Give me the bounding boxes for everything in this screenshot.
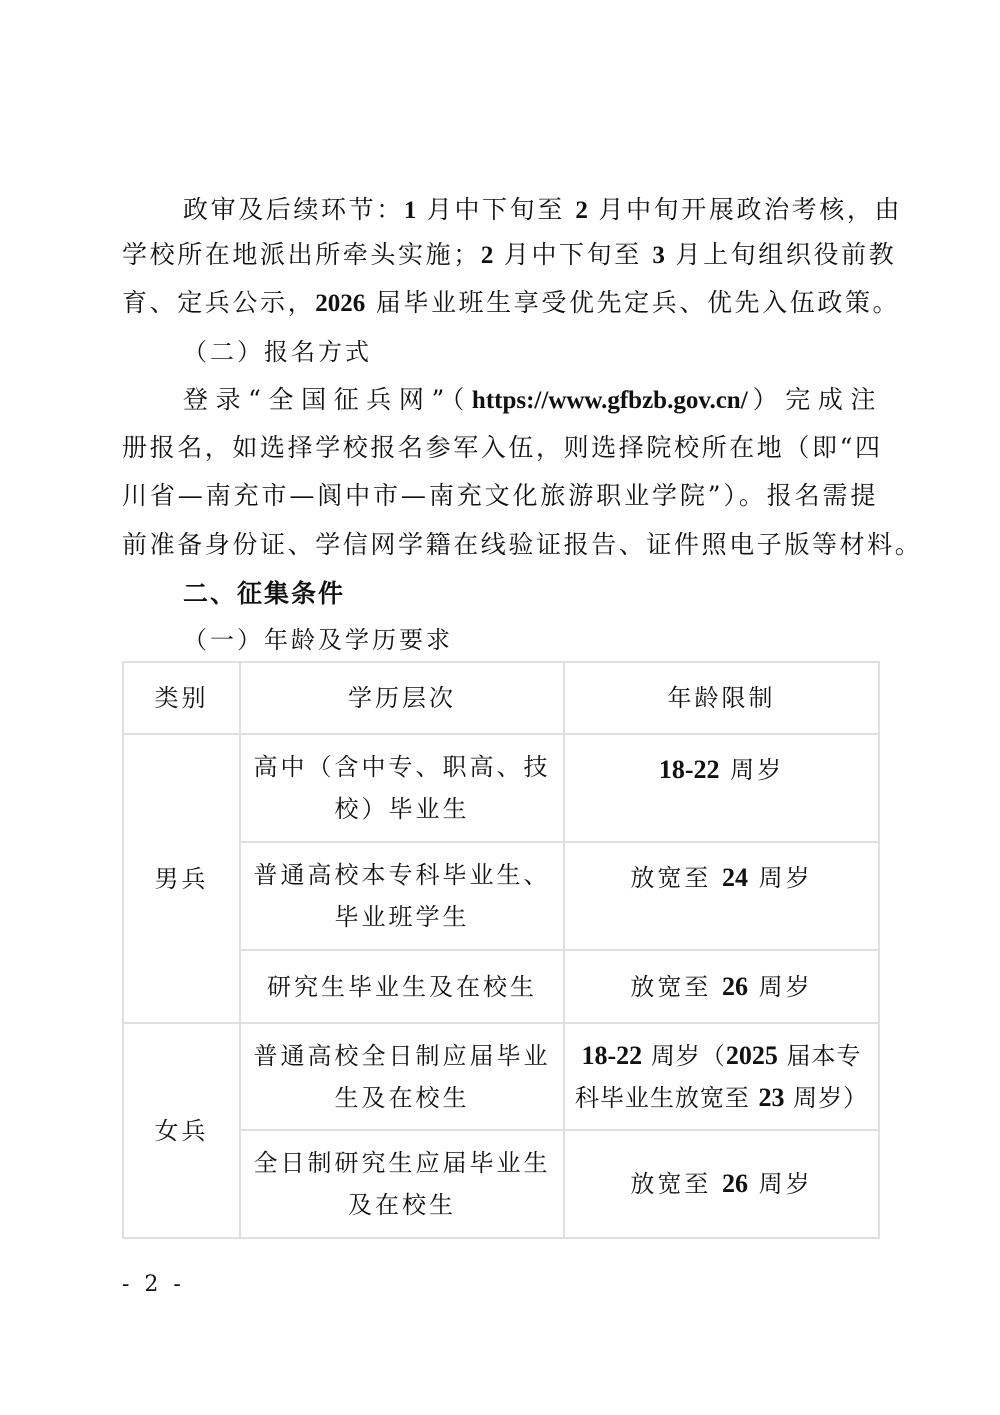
header-education: 学历层次 [240, 662, 564, 734]
age-cell: 放宽至 26 周岁 [564, 950, 879, 1023]
subheading-age-education: （一）年龄及学历要求 [183, 620, 453, 660]
table-row: 女兵 普通高校全日制应届毕业生及在校生 18-22 周岁（2025 届本专 科毕… [123, 1023, 879, 1130]
paragraph-1-line-3: 育、定兵公示，2026 届毕业班生享受优先定兵、优先入伍政策。 [122, 276, 878, 330]
education-cell: 全日制研究生应届毕业生及在校生 [240, 1130, 564, 1238]
age-cell: 18-22 周岁 [564, 734, 879, 842]
heading-recruitment-conditions: 二、征集条件 [183, 574, 345, 614]
education-cell: 普通高校全日制应届毕业生及在校生 [240, 1023, 564, 1130]
paragraph-1-line-2: 学校所在地派出所牵头实施；2 月中下旬至 3 月上旬组织役前教 [122, 228, 878, 282]
text: 月中旬开展政治考核，由 [588, 195, 902, 224]
section-title-registration: （二）报名方式 [183, 332, 372, 372]
text: 月中下旬至 [416, 195, 575, 224]
age-cell: 放宽至 26 周岁 [564, 1130, 879, 1238]
paragraph-2-line-4: 前准备身份证、学信网学籍在线验证报告、证件照电子版等材料。 [122, 518, 878, 571]
category-cell: 女兵 [123, 1023, 240, 1238]
text: 届毕业班生享受优先定兵、优先入伍政策。 [365, 288, 900, 317]
table-row: 男兵 高中（含中专、职高、技校）毕业生 18-22 周岁 [123, 734, 879, 842]
education-cell: 高中（含中专、职高、技校）毕业生 [240, 734, 564, 842]
paragraph-2-line-2: 册报名，如选择学校报名参军入伍，则选择院校所在地（即“四 [122, 421, 878, 474]
age-cell: 18-22 周岁（2025 届本专 科毕业生放宽至 23 周岁） [564, 1023, 879, 1130]
header-category: 类别 [123, 662, 240, 734]
category-cell: 男兵 [123, 734, 240, 1023]
number: 3 [652, 242, 665, 269]
website-link[interactable]: https://www.gfbzb.gov.cn/ [472, 387, 748, 414]
text: 月上旬组织役前教 [665, 240, 896, 269]
text: 学校所在地派出所牵头实施； [122, 240, 481, 269]
number: 2 [575, 197, 588, 224]
text: 政审及后续环节： [183, 195, 404, 224]
age-education-table: 类别 学历层次 年龄限制 男兵 高中（含中专、职高、技校）毕业生 18-22 周… [122, 661, 880, 1239]
text: 月中下旬至 [493, 240, 652, 269]
table-header-row: 类别 学历层次 年龄限制 [123, 662, 879, 734]
paragraph-2-line-1: 登录“全国征兵网”（https://www.gfbzb.gov.cn/）完成注 [183, 373, 878, 427]
header-age: 年龄限制 [564, 662, 879, 734]
paragraph-2-line-3: 川省—南充市—阆中市—南充文化旅游职业学院”）。报名需提 [122, 469, 878, 522]
text: 登录“全国征兵网”（ [183, 385, 472, 414]
education-cell: 研究生毕业生及在校生 [240, 950, 564, 1023]
age-cell: 放宽至 24 周岁 [564, 842, 879, 950]
text: ）完成注 [748, 385, 878, 414]
number: 2 [481, 242, 494, 269]
number: 2026 [315, 290, 365, 317]
education-cell: 普通高校本专科毕业生、毕业班学生 [240, 842, 564, 950]
text: 育、定兵公示， [122, 288, 315, 317]
number: 1 [404, 197, 417, 224]
page-number: - 2 - [122, 1272, 185, 1297]
